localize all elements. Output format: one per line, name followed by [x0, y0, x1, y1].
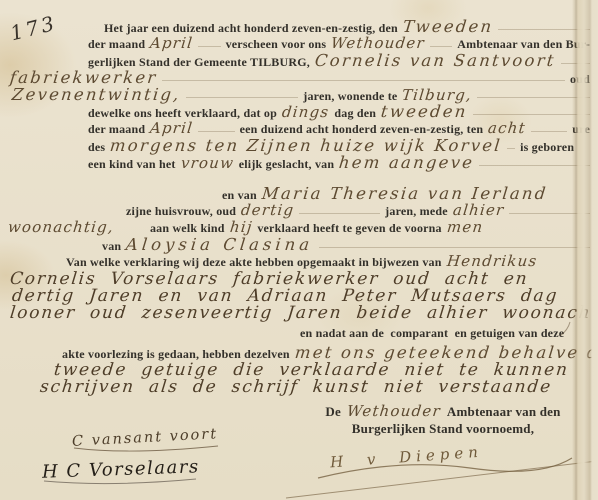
printed-text: Ambtenaar van den Bur-: [457, 37, 590, 52]
handwritten-month: April: [149, 119, 194, 137]
printed-text: verscheen voor ons: [226, 37, 327, 52]
rule-line: [186, 97, 299, 98]
handwritten-hij: hij: [229, 218, 254, 236]
printed-text: De: [325, 404, 341, 420]
handwritten-cannot-write-cont: schrijven als de schrijf kunst niet vers…: [39, 377, 553, 397]
handwritten-men: men: [446, 218, 484, 236]
form-line-month-official: der maand April verscheen voor ons Wetho…: [0, 34, 590, 51]
closing-block: De Wethouder Ambtenaar van den Burgerlij…: [295, 402, 591, 438]
declarant-signature: C vansant voort: [72, 426, 219, 450]
handwritten-declarant-name: Cornelis van Santvoort: [314, 51, 557, 70]
printed-text: verklaard heeft te geven de voorna: [257, 221, 441, 236]
form-line-witness2-cont: looner oud zesenveertig Jaren beide alhi…: [0, 303, 590, 320]
printed-text: zijne huisvrouw, oud: [126, 204, 236, 219]
printed-text: der maand: [88, 37, 145, 52]
printed-text: aan welk kind: [150, 221, 225, 236]
rule-line: [430, 46, 452, 47]
form-line-child-sex: een kind van het vrouw elijk geslacht, v…: [0, 153, 590, 170]
printed-text: dag den: [334, 106, 376, 121]
printed-text: des: [88, 140, 105, 155]
handwritten-day: tweeden: [380, 102, 469, 121]
form-line-mother-name: en van Maria Theresia van Ierland: [0, 184, 590, 201]
printed-text: een duizend acht honderd zeven-en-zestig…: [240, 122, 484, 137]
handwritten-child-names: Aloysia Clasina: [125, 235, 314, 254]
handwritten-month: April: [149, 34, 194, 52]
form-line-witnesses-intro: Van welke verklaring wij deze akte hebbe…: [0, 252, 590, 269]
form-line-declaration-day: dewelke ons heeft verklaard, dat op ding…: [0, 102, 590, 119]
closing-line-2: Burgerlijken Stand voornoemd,: [295, 420, 591, 438]
form-line-child-names: van Aloysia Clasina: [0, 235, 590, 252]
handwritten-official-title: Wethouder: [330, 34, 426, 52]
form-line-witness2: dertig Jaren en van Adriaan Peter Mutsae…: [0, 286, 590, 303]
form-line-age-residence: Zevenentwintig, jaren, wonende te Tilbur…: [0, 85, 590, 102]
rule-line: [531, 131, 567, 132]
handwritten-mother-age: dertig: [240, 201, 295, 219]
handwritten-sex: vrouw: [180, 154, 235, 172]
handwritten-weekday: dings: [281, 103, 330, 121]
form-line-mother-age: zijne huisvrouw, oud dertig jaren, mede …: [0, 201, 590, 218]
rule-line: [299, 213, 380, 214]
rule-line: [507, 148, 515, 149]
form-line-birth-place: des morgens ten Zijnen huize wijk Korvel…: [0, 136, 590, 153]
form-line-occupation: fabriekwerker oud: [0, 68, 590, 85]
closing-line-1: De Wethouder Ambtenaar van den: [295, 402, 591, 420]
printed-text: en nadat aan de comparant en getuigen va…: [300, 326, 564, 341]
handwritten-witness1-firstname: Hendrikus: [446, 252, 538, 270]
handwritten-alhier: alhier: [452, 201, 505, 219]
rule-line: [198, 131, 234, 132]
form-line-municipality-declarant: gerlijken Stand der Gemeente TILBURG, Co…: [0, 51, 590, 68]
form-line-reading-intro: en nadat aan de comparant en getuigen va…: [0, 326, 590, 343]
form-line-signing: akte voorlezing is gedaan, hebben dezelv…: [0, 343, 590, 360]
printed-text: der maand: [88, 122, 145, 137]
printed-text: jaren, mede: [385, 204, 448, 219]
rule-line: [162, 80, 565, 81]
printed-text: van: [102, 239, 121, 254]
form-line-witness1: Cornelis Vorselaars fabriekwerker oud ac…: [0, 269, 590, 286]
form-line-year: Het jaar een duizend acht honderd zeven-…: [0, 17, 590, 34]
handwritten-age: Zevenentwintig,: [11, 85, 182, 104]
handwritten-witnesses-residence: looner oud zesenveertig Jaren beide alhi…: [9, 303, 598, 323]
birth-certificate-form: Het jaar een duizend acht honderd zeven-…: [0, 17, 590, 394]
page-edge: [572, 0, 598, 500]
form-line-cannot-write-cont: schrijven als de schrijf kunst niet vers…: [0, 377, 590, 394]
form-line-given-names-intro: woonachtig, aan welk kind hij verklaard …: [0, 218, 590, 235]
rule-line: [198, 46, 220, 47]
form-line-birth-hour: der maand April een duizend acht honderd…: [0, 119, 590, 136]
handwritten-woonachtig: woonachtig,: [7, 218, 115, 236]
printed-text: elijk geslacht, van: [239, 157, 334, 172]
handwritten-official-title: Wethouder: [346, 402, 442, 420]
handwritten-of-declarant: hem aangeve: [338, 153, 475, 172]
form-line-cannot-write: tweede getuige die verklaarde niet te ku…: [0, 360, 590, 377]
printed-text: Ambtenaar van den: [447, 404, 561, 420]
rule-line: [319, 247, 590, 248]
printed-text: een kind van het: [88, 157, 176, 172]
printed-text: is geboren: [520, 140, 574, 155]
handwritten-hour: acht: [487, 119, 527, 137]
printed-text: Burgerlijken Stand voornoemd,: [352, 421, 534, 436]
witness-signature: H C Vorselaars: [42, 456, 200, 482]
official-signature: H v Diepen: [330, 443, 484, 472]
printed-text: Van welke verklaring wij deze akte hebbe…: [66, 255, 442, 270]
